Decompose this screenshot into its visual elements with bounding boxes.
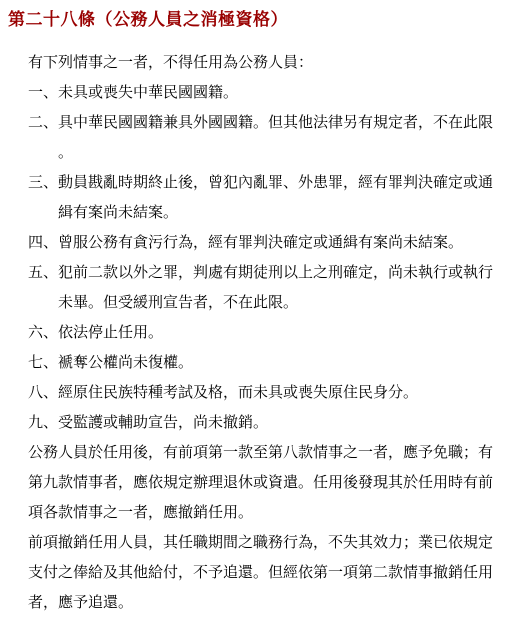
article-title: 第二十八條（公務人員之消極資格） bbox=[8, 8, 513, 32]
article-item-6: 六、依法停止任用。 bbox=[28, 318, 494, 348]
article-paragraph-2: 公務人員於任用後，有前項第一款至第八款情事之一者，應予免職；有第九款情事者，應依… bbox=[28, 438, 494, 528]
article-item-4: 四、曾服公務有貪污行為，經有罪判決確定或通緝有案尚未結案。 bbox=[28, 228, 494, 258]
article-item-3: 三、動員戡亂時期終止後，曾犯內亂罪、外患罪，經有罪判決確定或通緝有案尚未結案。 bbox=[28, 168, 494, 228]
article-item-2: 二、具中華民國國籍兼具外國國籍。但其他法律另有規定者，不在此限。 bbox=[28, 108, 494, 168]
article-item-9: 九、受監護或輔助宣告，尚未撤銷。 bbox=[28, 408, 494, 438]
article-body: 有下列情事之一者，不得任用為公務人員： 一、未具或喪失中華民國國籍。 二、具中華… bbox=[28, 48, 494, 618]
article-paragraph-3: 前項撤銷任用人員，其任職期間之職務行為，不失其效力；業已依規定支付之俸給及其他給… bbox=[28, 528, 494, 618]
article-item-7: 七、褫奪公權尚未復權。 bbox=[28, 348, 494, 378]
article-intro: 有下列情事之一者，不得任用為公務人員： bbox=[28, 48, 494, 78]
law-article-document: 第二十八條（公務人員之消極資格） 有下列情事之一者，不得任用為公務人員： 一、未… bbox=[0, 0, 513, 618]
article-item-5: 五、犯前二款以外之罪，判處有期徒刑以上之刑確定，尚未執行或執行未畢。但受緩刑宣告… bbox=[28, 258, 494, 318]
article-item-1: 一、未具或喪失中華民國國籍。 bbox=[28, 78, 494, 108]
article-item-8: 八、經原住民族特種考試及格，而未具或喪失原住民身分。 bbox=[28, 378, 494, 408]
